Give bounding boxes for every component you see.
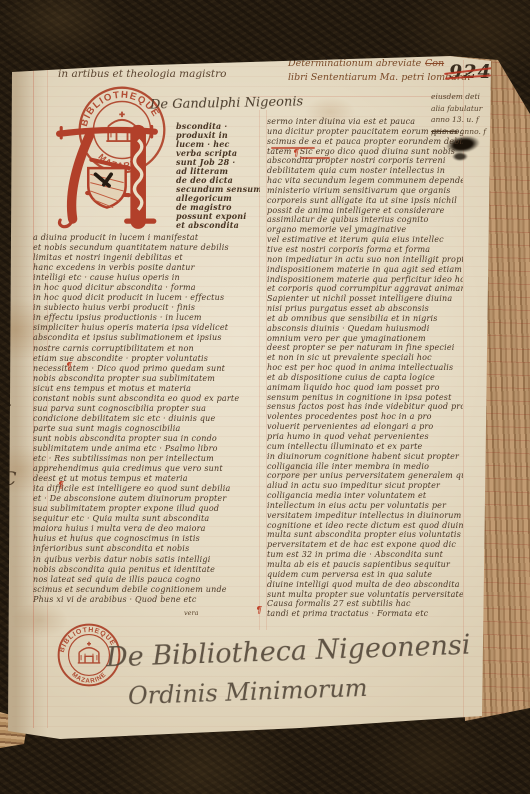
manuscript-text-line: tum est 32 in prima die · Abscondita sun… [267,550,463,560]
manuscript-text-line: ita difficile est intelligere eo quod su… [33,484,260,494]
manuscript-text-line: etc · Res subtilissimas non per intellec… [33,454,260,464]
manuscript-text-line: in quibus verbis datur nobis satis intel… [33,555,260,565]
left-column-opening: bscondita ·produxit inlucem · hecverba s… [176,122,260,230]
header-left-struck-line: petro · magistro Johannis quondam [60,54,212,64]
manuscript-text-line: sequitur etc · Quia multa sunt abscondit… [33,514,260,524]
pilcrow-mark: ¶ [293,149,299,159]
pilcrow-mark: ¶ [256,606,262,616]
manuscript-text-line: et ab omnibus que sensibilia et in nigri… [267,314,463,324]
right-column-body: sermo inter diuina via est et paucauna d… [267,117,463,619]
manuscript-text-line: intelligi etc · cause huius operis in [33,273,260,283]
manuscript-text-line: scimus et secundum debile cognitionem un… [33,585,260,595]
manuscript-text-line: in subiecto huius verbi producit · finis [33,303,260,313]
rubric-underline [300,157,330,159]
manuscript-text-line: in hoc quod dicitur abscondita · forma [33,283,260,293]
manuscript-text-line: et corporis quod corrumpitur aggravat an… [267,284,463,294]
manuscript-text-line: sua parva sunt cognoscibilia propter sua [33,404,260,414]
manuscript-text-line: hanc excedens in verbis posite dantur [33,263,260,273]
manuscript-text-line: vel estimative et iterum quia eius intel… [267,235,463,245]
manuscript-text-line: absconsis diuinis · Quedam huiusmodi [267,324,463,334]
manuscript-text-line: tive est nostri corporis forma et forma [267,245,463,255]
header-right-struck-word: Con [425,58,444,69]
manuscript-text-line: possit de anima intelligere et considera… [267,206,463,216]
manuscript-text-line: abscondita et ipsius sublimationem et ip… [33,333,260,343]
illuminated-initial-A [56,120,160,238]
manuscript-text-line: allegoricum [176,194,260,203]
manuscript-text-line: parte sua sunt magis cognoscibilia [33,424,260,434]
manuscript-text-line: versitatem impeditur intellectus in diui… [267,511,463,521]
initial-letter-label: A [0,0,1,1]
manuscript-text-line: organo memorie vel ymaginative [267,225,463,235]
manuscript-text-line: de deo dicta [176,176,260,185]
manuscript-text-line: multa ab eis et paucis sapientibus sequi… [267,560,463,570]
manuscript-text-line: et · De absconsione autem diuinorum prop… [33,494,260,504]
manuscript-text-line: scimus de ea et pauca propter eorundem d… [267,137,463,147]
cursive-annotation: De Gandulphi Nigeonis [150,94,303,112]
pilcrow-mark: ¶ [66,362,72,372]
folio-superscript: u [500,53,506,63]
manuscript-text-line: aliud in actu suo impeditur sicut propte… [267,481,463,491]
catchword: vera [184,609,199,617]
margin-dash-mark: ~ [0,396,13,414]
manuscript-text-line: non impediatur in actu suo non intelligi… [267,255,463,265]
manuscript-text-line: nobis abscondita propter sua sublimitate… [33,374,260,384]
manuscript-text-line: sermo inter diuina via est et pauca [267,117,463,127]
left-column-body: a diuina producit in lucem i manifestate… [33,233,260,605]
manuscript-text-line: et abscondita [176,221,260,230]
manuscript-text-line: sua sublimitatem propter expone illud qu… [33,504,260,514]
manuscript-text-line: assimilatur de quibus interius cognito [267,215,463,225]
manuscript-text-line: intellectum in eius actu per voluntatis … [267,501,463,511]
manuscript-text-line: nobis abscondita quia penitus et identit… [33,565,260,575]
manuscript-text-line: corporeis sunt alligate ita ut sine ipsi… [267,196,463,206]
manuscript-text-line: deest et ut motus tempus et materia [33,474,260,484]
manuscript-text-line: de magistro [176,203,260,212]
manuscript-text-line: in hoc quod dicit producit in lucem · ef… [33,293,260,303]
manuscript-text-line: corpore per unius perversitatem generale… [267,471,463,481]
manuscript-text-line: diuine intelligi quod multa de deo absco… [267,580,463,590]
manuscript-text-line: limitas et nostri ingenii debilitas et [33,253,260,263]
manuscript-text-line: una dicitur propter paucitatem eorum que… [267,127,463,137]
manuscript-text-line: indispositionem materie qua perficitur i… [267,275,463,285]
manuscript-text-line: pria humo in quod vehat pervenientes [267,432,463,442]
manuscript-text-line: in diuinorum cognitione habent sicut pro… [267,452,463,462]
rubric-underline [271,147,315,149]
manuscript-text-line: omnium vero per que ymaginationem [267,334,463,344]
manuscript-text-line: quidem cum perversa est in qua salute [267,570,463,580]
manuscript-text-line: indispositionem materie in qua agit sed … [267,265,463,275]
manuscript-text-line: sicut ens tempus et motus et materia [33,384,260,394]
manuscript-text-line: bscondita · [176,122,260,131]
manuscript-text-line: simpliciter huius operis materia ipsa vi… [33,323,260,333]
manuscript-text-line: ministerio virium sensitivarum que organ… [267,186,463,196]
manuscript-text-line: voluerit pervenientes ad elongari a pro [267,422,463,432]
manuscript-text-line: cognitione et ideo recte dictum est quod… [267,521,463,531]
manuscript-text-line: sunt Job 28 · [176,158,260,167]
manuscript-text-line: huius et huius que cognoscimus in istis [33,534,260,544]
manuscript-text-line: sensum penitus in cognitione in ipsa pot… [267,393,463,403]
manuscript-text-line: tandi et prima tractatus · Formata etc [267,609,463,619]
manuscript-text-line: volentes procedentes post hoc in a pro [267,412,463,422]
manuscript-text-line: nisi prius purgatus esset ab absconsis [267,304,463,314]
header-right-line1: Determinationum abreviate [288,58,421,69]
manuscript-text-line: animam liquido hoc quod iam posset pro [267,383,463,393]
manuscript-text-line: debilitatem quia cum noster intellectus … [267,166,463,176]
manuscript-page: BIBLIOTHEQUE MAZARINE [0,0,530,794]
manuscript-text-line: ad litteram [176,167,260,176]
manuscript-text-line: constant nobis sunt abscondita eo quod e… [33,394,260,404]
manuscript-text-line: deest propter se per naturam in fine spe… [267,343,463,353]
manuscript-text-line: colligancia ille inter membra in medio [267,462,463,472]
manuscript-text-line: multa sunt abscondita propter eius volun… [267,530,463,540]
manuscript-text-line: Causa formalis 27 est subtilis hac [267,599,463,609]
manuscript-text-line: sensus factos post has inde videbitur qu… [267,402,463,412]
manuscript-text-line: nostre carnis corruptibilitatem et non [33,344,260,354]
manuscript-text-line: possunt exponi [176,212,260,221]
header-left-line: in artibus et theologia magistro [58,68,226,80]
manuscript-text-line: verba scripta [176,149,260,158]
pilcrow-mark: ¶ [58,481,64,491]
header-right-line2: libri Sententiarum Ma. petri lombardi [288,72,471,83]
manuscript-text-line: colligancia media inter voluntatem et [267,491,463,501]
manuscript-text-line: sunt nobis abscondita propter sua in con… [33,434,260,444]
manuscript-text-line: cum intellectu illuminato et ex parte [267,442,463,452]
margin-letter-mark: C [2,468,17,490]
manuscript-text-line: apprehendimus quia credimus que vero sun… [33,464,260,474]
manuscript-text-line: hoc est per hoc quod in anima intellectu… [267,363,463,373]
manuscript-text-line: hac vita secundum legem communem depende… [267,176,463,186]
manuscript-text-line: in effectu ipsius productionis · in luce… [33,313,260,323]
manuscript-text-line: secundum sensum [176,185,260,194]
manuscript-text-line: et nobis secundum quantitatem nature deb… [33,243,260,253]
manuscript-text-line: condicione debilitatem sic etc · diuinis… [33,414,260,424]
manuscript-text-line: inferioribus sunt abscondita et nobis [33,544,260,554]
manuscript-text-line: maiora huius i multa vera de deo maiora [33,524,260,534]
manuscript-text-line: lucem · hec [176,140,260,149]
manuscript-text-line: et ab dispositione cuius de capta logice [267,373,463,383]
manuscript-text-line: perversitatem et de hac est expone quod … [267,540,463,550]
manuscript-text-line: et non in sic ut prevalente speciali hoc [267,353,463,363]
manuscript-text-line: a diuina producit in lucem i manifestat [33,233,260,243]
manuscript-text-line: produxit in [176,131,260,140]
manuscript-text-line: sunt multa propter sue voluntatis perver… [267,590,463,600]
manuscript-text-line: sublimitatem unde anima etc · Psalmo lib… [33,444,260,454]
manuscript-text-line: Phus xi vi de arabibus · Quod bene etc [33,595,260,605]
manuscript-text-line: Sapienter ut nichil posset intelligere d… [267,294,463,304]
manuscript-photo: BIBLIOTHEQUE MAZARINE [0,0,530,794]
manuscript-text-line: nos lateat sed quia de illis pauca cogno [33,575,260,585]
